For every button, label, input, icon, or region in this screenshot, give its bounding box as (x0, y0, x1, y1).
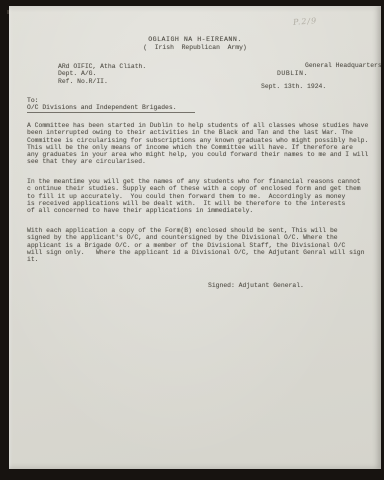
signature-line: Signed: Adjutant General. (208, 282, 304, 289)
body-paragraph-1: A Committee has been started in Dublin t… (27, 122, 368, 166)
office-address-block: ARd OIFIC, Atha Cliath. Dept. A/G. Ref. … (58, 63, 146, 85)
org-title-irish: OGLAIGH NA H-EIREANN. (9, 36, 381, 43)
city-line: DUBLIN. (277, 70, 308, 77)
scanned-letter: P.2/9 OGLAIGH NA H-EIREANN. ( Irish Repu… (0, 0, 384, 480)
recipient-line: O/C Divisions and Independent Brigades. (27, 104, 195, 113)
body-paragraph-3: With each application a copy of the Form… (27, 227, 364, 263)
date-line: Sept. 13th. 1924. (261, 83, 326, 90)
letter-page: P.2/9 OGLAIGH NA H-EIREANN. ( Irish Repu… (9, 6, 381, 469)
body-paragraph-2: In the meantime you will get the names o… (27, 178, 361, 214)
org-title-english: ( Irish Republican Army) (9, 44, 381, 51)
office-line-2: Dept. A/G. (58, 70, 96, 77)
pencil-annotation: P.2/9 (293, 17, 318, 26)
recipient-text: O/C Divisions and Independent Brigades. (27, 104, 195, 113)
office-line-3: Ref. No.R/II. (58, 78, 108, 85)
headquarters-line: General Headquarters (305, 62, 381, 69)
office-line-1: ARd OIFIC, Atha Cliath. (58, 63, 146, 70)
